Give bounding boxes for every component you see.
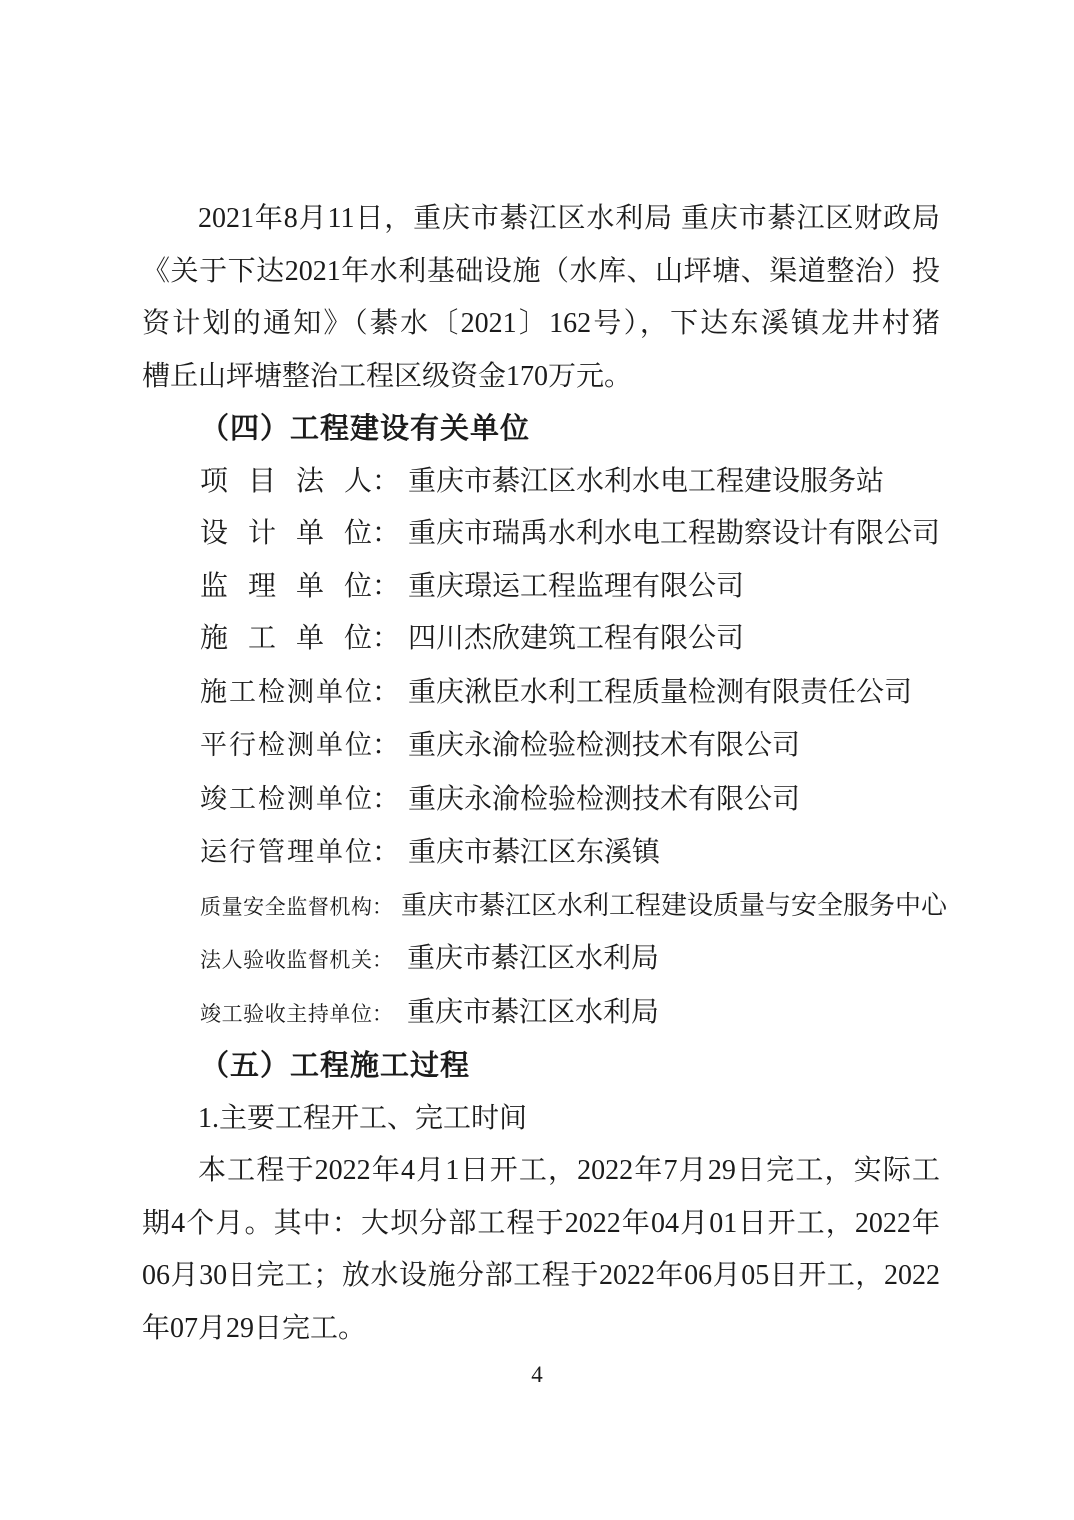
- paragraph-line: 资计划的通知》（綦水〔2021〕162号），下达东溪镇龙井村猪: [142, 298, 940, 351]
- unit-row-design-unit: 设计单位：重庆市瑞禹水利水电工程勘察设计有限公司: [142, 508, 940, 561]
- colon: ：: [372, 730, 400, 761]
- unit-row-completion-acceptance-host: 竣工验收主持单位：重庆市綦江区水利局: [142, 987, 940, 1041]
- unit-value: 重庆市綦江区水利水电工程建设服务站: [408, 466, 884, 497]
- unit-value: 重庆市綦江区水利局: [407, 997, 659, 1028]
- subitem-title: 1.主要工程开工、完工时间: [142, 1093, 940, 1146]
- unit-value: 重庆市綦江区水利局: [407, 943, 659, 974]
- paragraph-line: 2021年8月11日，重庆市綦江区水利局 重庆市綦江区财政局: [142, 193, 940, 246]
- document-page: 2021年8月11日，重庆市綦江区水利局 重庆市綦江区财政局 《关于下达2021…: [0, 0, 1074, 1520]
- unit-value: 重庆永渝检验检测技术有限公司: [408, 784, 800, 815]
- paragraph-line: 期4个月。其中：大坝分部工程于2022年04月01日开工，2022年: [142, 1198, 940, 1251]
- colon: ：: [372, 837, 400, 868]
- unit-label: 设计单位: [200, 508, 372, 561]
- unit-label: 运行管理单位: [200, 826, 372, 879]
- unit-row-project-owner: 项目法人：重庆市綦江区水利水电工程建设服务站: [142, 456, 940, 509]
- unit-row-parallel-testing-unit: 平行检测单位：重庆永渝检验检测技术有限公司: [142, 719, 940, 773]
- unit-value: 重庆永渝检验检测技术有限公司: [408, 730, 800, 761]
- unit-value: 重庆市綦江区东溪镇: [408, 837, 660, 868]
- colon: ：: [372, 948, 393, 972]
- unit-row-completion-testing-unit: 竣工检测单位：重庆永渝检验检测技术有限公司: [142, 773, 940, 827]
- colon: ：: [372, 1002, 393, 1026]
- colon: ：: [372, 518, 400, 549]
- colon: ：: [372, 571, 400, 602]
- document-content: 2021年8月11日，重庆市綦江区水利局 重庆市綦江区财政局 《关于下达2021…: [142, 193, 940, 1355]
- unit-label: 项目法人: [200, 456, 372, 509]
- colon: ：: [372, 784, 400, 815]
- colon: ：: [372, 623, 400, 654]
- unit-label: 施工检测单位: [200, 666, 372, 719]
- closing-paragraph: 本工程于2022年4月1日开工，2022年7月29日完工，实际工 期4个月。其中…: [142, 1145, 940, 1355]
- paragraph-line: 槽丘山坪塘整治工程区级资金170万元。: [142, 351, 940, 404]
- intro-paragraph: 2021年8月11日，重庆市綦江区水利局 重庆市綦江区财政局 《关于下达2021…: [142, 193, 940, 403]
- paragraph-line: 本工程于2022年4月1日开工，2022年7月29日完工，实际工: [142, 1145, 940, 1198]
- unit-row-quality-safety-supervision: 质量安全监督机构：重庆市綦江区水利工程建设质量与安全服务中心: [142, 880, 940, 934]
- section-four-heading: （四）工程建设有关单位: [142, 403, 940, 456]
- colon: ：: [372, 677, 400, 708]
- section-five-heading: （五）工程施工过程: [142, 1040, 940, 1093]
- unit-value: 重庆市綦江区水利工程建设质量与安全服务中心: [401, 891, 947, 920]
- colon: ：: [372, 466, 400, 497]
- paragraph-line: 年07月29日完工。: [142, 1303, 940, 1356]
- unit-row-legal-acceptance-supervision: 法人验收监督机关：重庆市綦江区水利局: [142, 933, 940, 987]
- paragraph-line: 《关于下达2021年水利基础设施（水库、山坪塘、渠道整治）投: [142, 246, 940, 299]
- unit-row-construction-unit: 施工单位：四川杰欣建筑工程有限公司: [142, 613, 940, 666]
- unit-value: 重庆湫臣水利工程质量检测有限责任公司: [408, 677, 912, 708]
- unit-label: 监理单位: [200, 561, 372, 614]
- colon: ：: [372, 895, 393, 919]
- unit-row-construction-testing-unit: 施工检测单位：重庆湫臣水利工程质量检测有限责任公司: [142, 666, 940, 720]
- unit-label: 施工单位: [200, 613, 372, 666]
- unit-value: 重庆市瑞禹水利水电工程勘察设计有限公司: [408, 518, 940, 549]
- unit-row-supervision-unit: 监理单位：重庆璟运工程监理有限公司: [142, 561, 940, 614]
- unit-label: 平行检测单位: [200, 719, 372, 772]
- unit-row-operation-management-unit: 运行管理单位：重庆市綦江区东溪镇: [142, 826, 940, 880]
- unit-value: 四川杰欣建筑工程有限公司: [408, 623, 744, 654]
- unit-label: 竣工检测单位: [200, 773, 372, 826]
- page-number: 4: [0, 1360, 1074, 1390]
- unit-label: 质量安全监督机构: [200, 881, 372, 934]
- unit-value: 重庆璟运工程监理有限公司: [408, 571, 744, 602]
- unit-list: 项目法人：重庆市綦江区水利水电工程建设服务站 设计单位：重庆市瑞禹水利水电工程勘…: [142, 456, 940, 1041]
- unit-label: 竣工验收主持单位: [200, 988, 372, 1041]
- unit-label: 法人验收监督机关: [200, 934, 372, 987]
- paragraph-line: 06月30日完工；放水设施分部工程于2022年06月05日开工，2022: [142, 1250, 940, 1303]
